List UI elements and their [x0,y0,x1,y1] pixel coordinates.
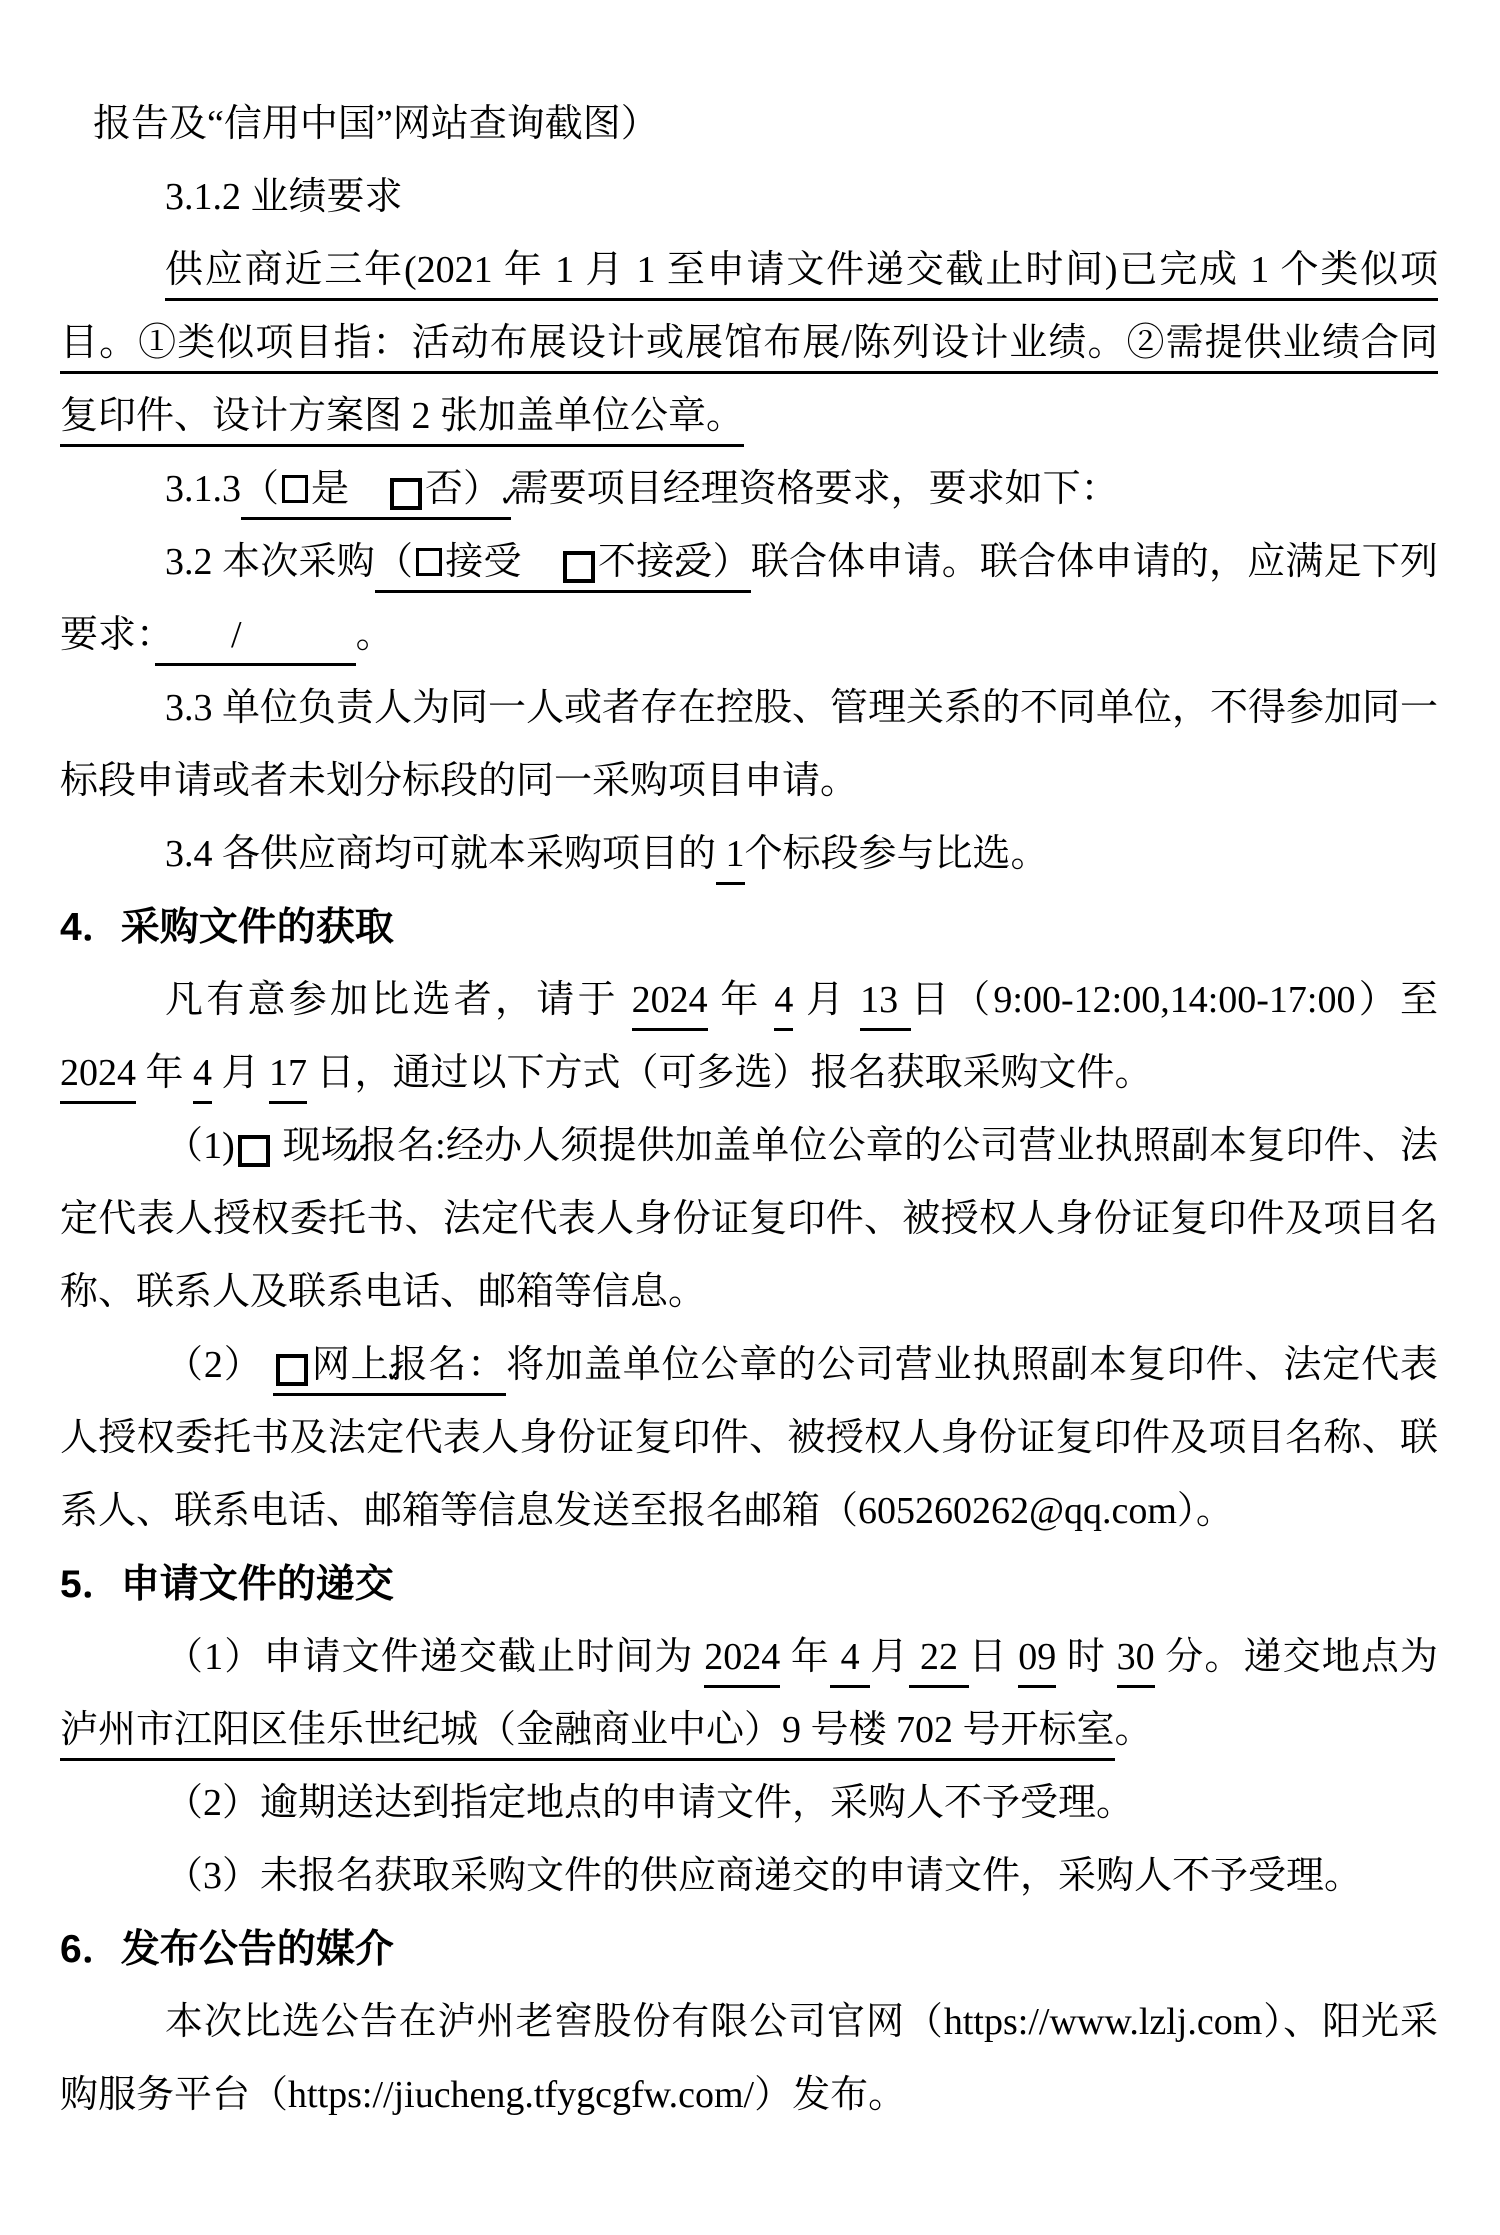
deadline-year-underlined: 2024 [704,1636,780,1688]
start-month-underlined: 4 [774,979,793,1031]
clause-text: 需要项目经理资格要求，要求如下： [511,468,1119,510]
para-online-registration: （2） ✓网上报名：将加盖单位公章的公司营业执照副本复印件、法定代表人授权委托书… [60,1329,1438,1548]
clause-text: 个标段参与比选。 [745,833,1049,875]
period: 。 [356,614,394,656]
para-3-1-2-heading: 3.1.2 业绩要求 [60,161,1438,234]
clause-lead: 3.2 本次采购 [165,541,375,583]
text-run: 日，通过以下方式（可多选）报名获取采购文件。 [307,1052,1153,1094]
para-unregistered-submission: （3）未报名获取采购文件的供应商递交的申请文件，采购人不予受理。 [60,1840,1438,1913]
para-3-4-bid-sections: 3.4 各供应商均可就本采购项目的 1个标段参与比选。 [60,818,1438,891]
checkbox-checked-onsite-icon: ✓ [238,1135,270,1167]
checkbox-checked-no-icon: ✓ [390,478,422,510]
text-run: 年 [708,979,775,1021]
checkbox-label-reject: 不接受） [598,541,751,583]
text-run: （1）申请文件递交截止时间为 [165,1636,704,1678]
checkbox-label-no: 否） [425,468,511,510]
checkbox-label-accept: 接受 [445,541,522,583]
text-run: 月 [793,979,860,1021]
text-run: 年 [780,1636,830,1678]
section-heading-6-announcement-media: 6．发布公告的媒介 [60,1913,1438,1986]
performance-requirement-underlined-text: 供应商近三年(2021 年 1 月 1 至申请文件递交截止时间)已完成 1 个类… [60,249,1438,447]
para-submission-deadline: （1）申请文件递交截止时间为 2024 年 4 月 22 日 09 时 30 分… [60,1621,1438,1767]
section-heading-5-submission: 5．申请文件的递交 [60,1548,1438,1621]
online-registration-underlined-label: ✓网上报名： [273,1344,506,1396]
text-run: 分。递交地点为 [1155,1636,1438,1678]
clause-number: 3.1.3 [165,468,241,510]
deadline-minute-underlined: 30 [1117,1636,1155,1688]
checkbox-checked-reject-icon: ✓ [563,551,595,583]
para-announcement-media: 本次比选公告在泸州老窖股份有限公司官网（https://www.lzlj.com… [60,1986,1438,2132]
online-label: 网上报名： [311,1344,506,1386]
para-obtain-period: 凡有意参加比选者，请于 2024 年 4 月 13 日（9:00-12:00,1… [60,964,1438,1110]
checkbox-gap [522,541,560,583]
end-day-underlined: 17 [269,1052,307,1104]
end-year-underlined: 2024 [60,1052,136,1104]
text-run: 月 [212,1052,269,1094]
end-month-underlined: 4 [193,1052,212,1104]
checkbox-label-yes: 是 [311,468,349,510]
text-run: 年 [136,1052,193,1094]
deadline-month-underlined: 4 [830,1636,870,1688]
text-run: 时 [1056,1636,1116,1678]
start-day-underlined: 13 [860,979,911,1031]
submission-address-underlined: 泸州市江阳区佳乐世纪城（金融商业中心）9 号楼 702 号开标室 [60,1709,1115,1761]
section-heading-4-obtain-documents: 4．采购文件的获取 [60,891,1438,964]
document-page: 报告及“信用中国”网站查询截图） 3.1.2 业绩要求 供应商近三年(2021 … [0,0,1500,2235]
text-run: 月 [870,1636,909,1678]
period: 。 [1115,1709,1153,1751]
fill-in-blank-slash: / [155,614,356,666]
accept-reject-checkbox-group: （接受 ✓不接受） [375,541,751,593]
section-count-underlined: 1 [716,833,745,885]
deadline-hour-underlined: 09 [1018,1636,1056,1688]
yes-no-checkbox-group: （是 ✓否） [241,468,511,520]
text-run: 日 [969,1636,1019,1678]
para-late-submission: （2）逾期送达到指定地点的申请文件，采购人不予受理。 [60,1767,1438,1840]
clause-lead: 3.4 各供应商均可就本采购项目的 [165,833,716,875]
para-3-2-consortium: 3.2 本次采购（接受 ✓不接受）联合体申请。联合体申请的，应满足下列要求： /… [60,526,1438,672]
checkbox-unchecked-accept-icon [416,548,442,576]
text-run: 日（9:00-12:00,14:00-17:00）至 [911,979,1438,1021]
paren-open: （ [241,468,279,510]
checkbox-gap [349,468,387,510]
para-performance-requirement: 供应商近三年(2021 年 1 月 1 至申请文件递交截止时间)已完成 1 个类… [60,234,1438,453]
para-3-3-same-responsible-person: 3.3 单位负责人为同一人或者存在控股、管理关系的不同单位，不得参加同一标段申请… [60,672,1438,818]
para-onsite-registration: （1)✓ 现场报名:经办人须提供加盖单位公章的公司营业执照副本复印件、法定代表人… [60,1110,1438,1329]
checkbox-unchecked-yes-icon [282,475,308,503]
para-3-1-3-project-manager: 3.1.3（是 ✓否） 需要项目经理资格要求，要求如下： [60,453,1438,526]
text-run: 凡有意参加比选者，请于 [165,979,632,1021]
item-number: （1) [165,1125,235,1167]
item-number: （2） [165,1344,273,1386]
paren-open: （ [375,541,413,583]
checkbox-checked-online-icon: ✓ [276,1354,308,1386]
para-credit-report-tail: 报告及“信用中国”网站查询截图） [60,88,1438,161]
deadline-day-underlined: 22 [909,1636,968,1688]
start-year-underlined: 2024 [632,979,708,1031]
